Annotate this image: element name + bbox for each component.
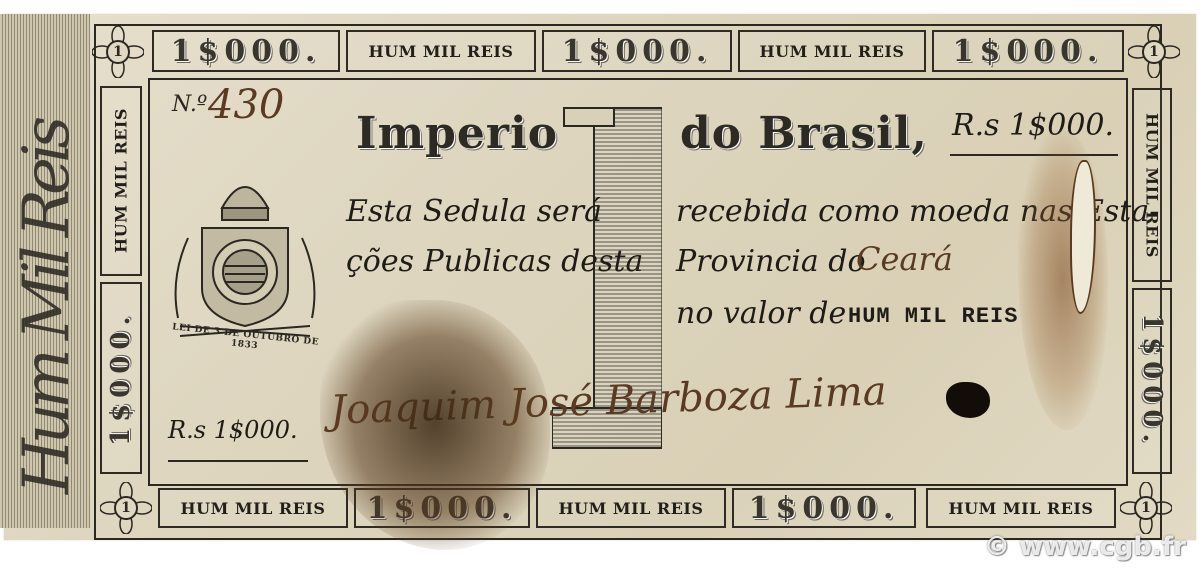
border-left-amount: 1$000. — [100, 282, 142, 474]
body-line2-right: Provincia do — [676, 244, 866, 279]
body-line3-right: no valor de — [676, 296, 846, 331]
corner-numeral: 1 — [106, 40, 130, 64]
province-handwritten: Ceará — [856, 240, 953, 278]
border-top-words: HUM MIL REIS — [346, 30, 536, 72]
corner-numeral: 1 — [114, 496, 138, 520]
burn-hole — [946, 382, 990, 418]
left-guilloche-strip: Hum Mil Reis — [0, 14, 90, 528]
border-bottom-words: HUM MIL REIS — [926, 488, 1116, 528]
imperial-crown-shield-icon — [160, 168, 330, 338]
border-top-words: HUM MIL REIS — [738, 30, 926, 72]
border-right-words: HUM MIL REIS — [1132, 88, 1172, 282]
corner-rosette-bottom-right: 1 — [1120, 482, 1172, 534]
serial-prefix: N.º — [172, 92, 207, 117]
corner-rosette-top-left: 1 — [92, 26, 144, 78]
border-top-amount: 1$000. — [932, 30, 1124, 72]
watermark: © www.cgb.fr — [984, 532, 1186, 562]
border-top-amount: 1$000. — [542, 30, 732, 72]
corner-numeral: 1 — [1134, 496, 1158, 520]
border-right-amount: 1$000. — [1132, 288, 1172, 474]
border-left-words: HUM MIL REIS — [100, 86, 142, 276]
amount-underline — [168, 460, 308, 462]
amount-top-right: R.s 1$000. — [952, 108, 1114, 143]
coat-of-arms — [160, 168, 330, 338]
border-bottom-words: HUM MIL REIS — [536, 488, 726, 528]
title-imperio: Imperio — [356, 108, 558, 159]
value-stamp: HUM MIL REIS — [848, 304, 1018, 329]
corner-rosette-top-right: 1 — [1128, 26, 1180, 78]
title-do-brasil: do Brasil, — [680, 108, 928, 159]
body-line1-left: Esta Sedula será — [346, 194, 602, 229]
border-top-amount: 1$000. — [152, 30, 340, 72]
body-line2-left: ções Publicas desta — [346, 244, 643, 279]
amount-bottom-left: R.s 1$000. — [168, 416, 298, 444]
serial-number: 430 — [208, 82, 284, 128]
left-strip-script: Hum Mil Reis — [10, 74, 80, 494]
border-bottom-amount: 1$000. — [732, 488, 916, 528]
corner-rosette-bottom-left: 1 — [100, 482, 152, 534]
corner-numeral: 1 — [1142, 40, 1166, 64]
border-bottom-words: HUM MIL REIS — [158, 488, 348, 528]
